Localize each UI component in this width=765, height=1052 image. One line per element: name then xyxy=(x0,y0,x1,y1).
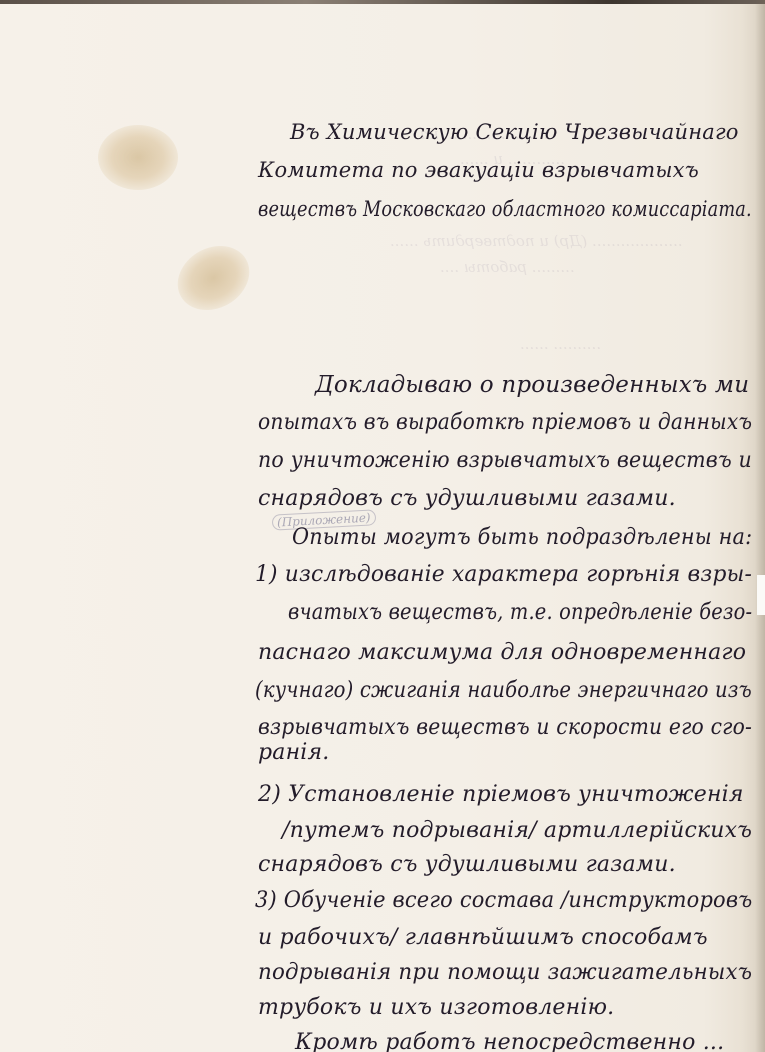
letter-page: ...................... на ............ и… xyxy=(0,0,765,1052)
body-line: снарядовъ съ удушливыми газами. xyxy=(258,852,676,877)
body-line: Опыты могутъ быть подраздѣлены на: xyxy=(292,525,752,550)
list-item-2: 2) Установленіе пріемовъ уничтоженія xyxy=(258,782,744,807)
address-line-3: веществъ Московскаго областного комиссар… xyxy=(258,197,752,221)
body-line: трубокъ и ихъ изготовленію. xyxy=(258,995,614,1020)
address-line-1: Въ Химическую Секцію Чрезвычайнаго xyxy=(290,120,739,144)
bleed-through-text: ......... работы .... xyxy=(440,258,575,276)
bleed-through-text: ................... (Др) и подтвердить .… xyxy=(390,232,683,250)
body-line: подрыванія при помощи зажигательныхъ xyxy=(258,960,752,985)
body-line: паснаго максимума для одновременнаго xyxy=(258,640,746,665)
body-line: взрывчатыхъ веществъ и скорости его сго- xyxy=(258,715,752,740)
body-line: по уничтоженію взрывчатыхъ веществъ и xyxy=(258,448,752,473)
body-line: опытахъ въ выработкѣ пріемовъ и данныхъ xyxy=(258,410,752,435)
page-top-edge xyxy=(0,0,765,4)
body-line: (кучнаго) сжиганія наиболѣе энергичнаго … xyxy=(255,678,752,703)
body-line: Докладываю о произведенныхъ ми xyxy=(315,372,749,398)
foxing-stain xyxy=(166,233,261,322)
body-line: Кромѣ работъ непосредственно ... xyxy=(295,1030,724,1052)
page-right-edge xyxy=(755,0,765,1052)
body-line: и рабочихъ/ главнѣйшимъ способамъ xyxy=(258,925,708,950)
body-line: ранія. xyxy=(258,740,330,765)
foxing-stain xyxy=(98,125,178,190)
body-line: /путемъ подрыванія/ артиллерійскихъ xyxy=(282,818,752,843)
body-line: вчатыхъ веществъ, т.е. опредѣленіе безо- xyxy=(288,600,752,625)
page-fold-mark xyxy=(757,575,765,615)
address-line-2: Комитета по эвакуаціи взрывчатыхъ xyxy=(258,158,699,182)
list-item-3: 3) Обученіе всего состава /инструкторовъ xyxy=(255,888,752,913)
list-item-1: 1) изслѣдованіе характера горѣнія взры- xyxy=(255,562,752,587)
bleed-through-text: .......... ...... xyxy=(520,335,601,353)
body-line: снарядовъ съ удушливыми газами. xyxy=(258,486,676,511)
